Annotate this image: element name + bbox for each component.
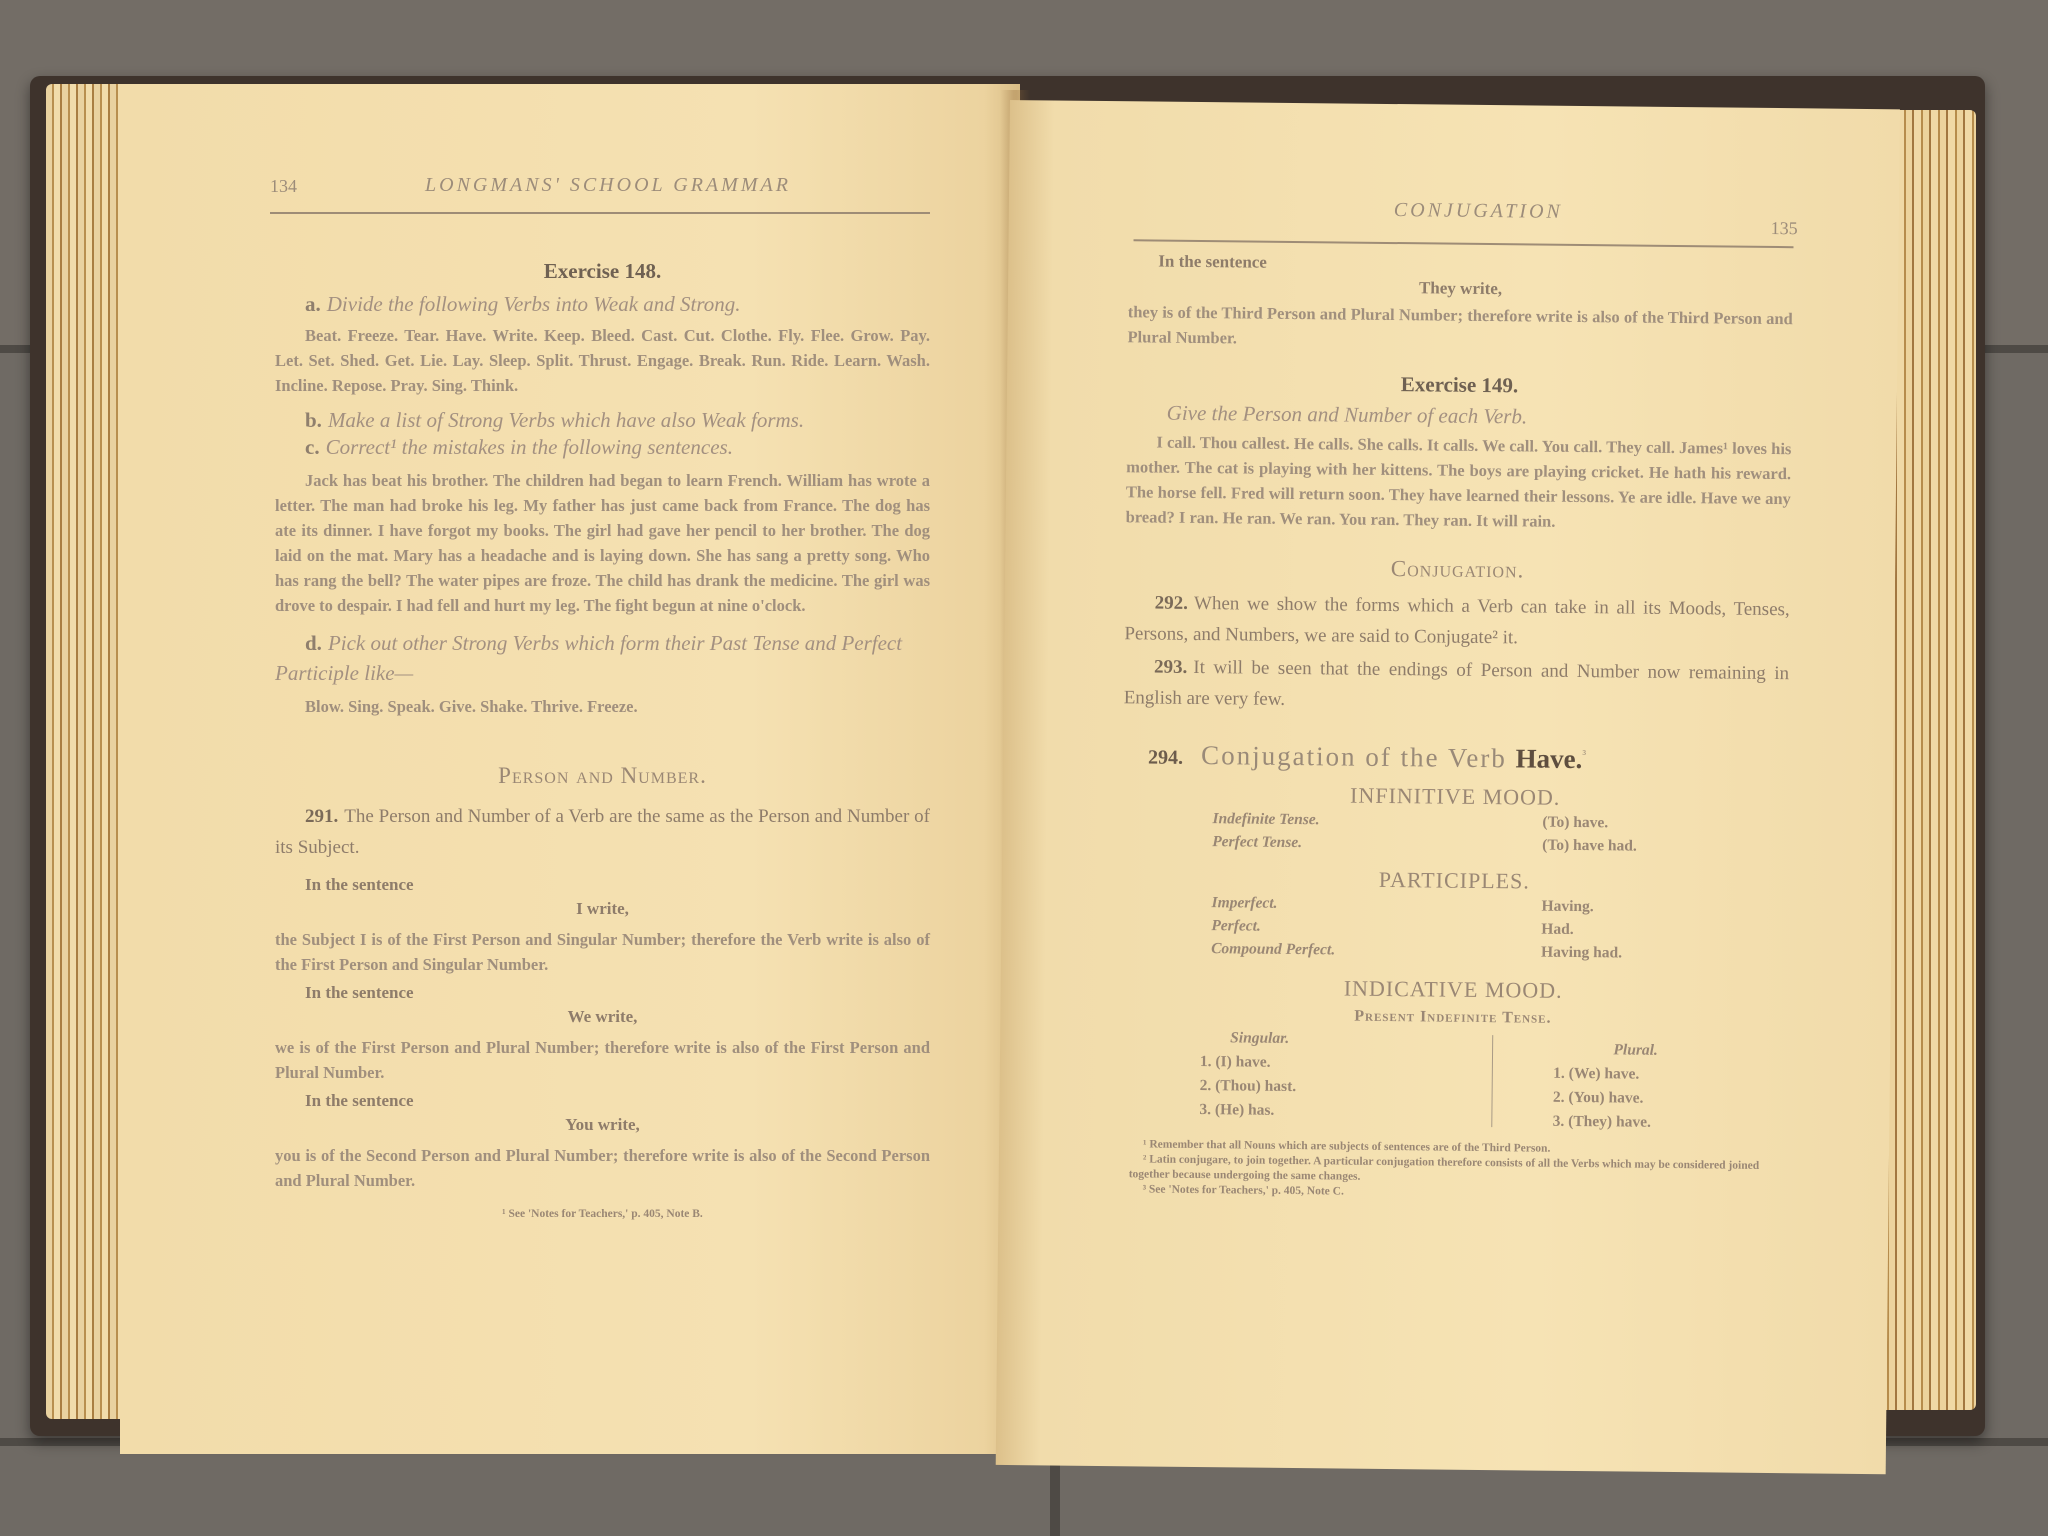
column-divider bbox=[1491, 1035, 1494, 1127]
exercise-title: Exercise 149. bbox=[1127, 369, 1792, 401]
verb-list-a: Beat. Freeze. Tear. Have. Write. Keep. B… bbox=[275, 323, 930, 398]
indicative-heading: INDICATIVE MOOD. bbox=[1121, 973, 1786, 1006]
left-page: 134 LONGMANS' SCHOOL GRAMMAR Exercise 14… bbox=[120, 84, 1020, 1454]
header-rule bbox=[1134, 239, 1794, 248]
page-number: 134 bbox=[270, 176, 297, 197]
table-row: Compound Perfect.Having had. bbox=[1211, 937, 1786, 966]
sentences-c: Jack has beat his brother. The children … bbox=[275, 468, 930, 618]
exercise-instruction-a: a.Divide the following Verbs into Weak a… bbox=[305, 292, 930, 317]
exercise-instruction-d: d.Pick out other Strong Verbs which form… bbox=[275, 628, 930, 688]
footnote: ¹ See 'Notes for Teachers,' p. 405, Note… bbox=[275, 1207, 930, 1222]
paragraph-291: 291.The Person and Number of a Verb are … bbox=[275, 801, 930, 863]
running-head: LONGMANS' SCHOOL GRAMMAR bbox=[425, 174, 791, 197]
right-page: CONJUGATION 135 In the sentence They wri… bbox=[996, 100, 1900, 1474]
example-3: In the sentence You write, you is of the… bbox=[275, 1091, 930, 1193]
exercise-instruction-c: c.Correct¹ the mistakes in the following… bbox=[305, 435, 930, 460]
running-head: CONJUGATION bbox=[1394, 199, 1563, 224]
exercise-instruction-b: b.Make a list of Strong Verbs which have… bbox=[305, 408, 930, 433]
verb-list-d: Blow. Sing. Speak. Give. Shake. Thrive. … bbox=[275, 694, 930, 719]
example-1: In the sentence I write, the Subject I i… bbox=[275, 875, 930, 977]
singular-column: Singular. 1. (I) have. 2. (Thou) hast. 3… bbox=[1199, 1026, 1432, 1132]
header-rule bbox=[270, 212, 930, 214]
example-2: In the sentence We write, we is of the F… bbox=[275, 983, 930, 1085]
page-edges-left bbox=[46, 84, 126, 1419]
infinitive-table: Indefinite Tense.(To) have. Perfect Tens… bbox=[1122, 806, 1787, 859]
exercise-sentences: I call. Thou callest. He calls. She call… bbox=[1126, 429, 1792, 536]
example-4: In the sentence They write, they is of t… bbox=[1127, 251, 1793, 356]
exercise-title: Exercise 148. bbox=[275, 259, 930, 284]
participles-table: Imperfect.Having. Perfect.Had. Compound … bbox=[1121, 890, 1787, 966]
table-row: Perfect Tense.(To) have had. bbox=[1212, 830, 1787, 859]
section-heading: Conjugation. bbox=[1125, 553, 1790, 586]
plural-column: Plural. 1. (We) have. 2. (You) have. 3. … bbox=[1553, 1030, 1786, 1136]
indicative-table: Singular. 1. (I) have. 2. (Thou) hast. 3… bbox=[1119, 1025, 1785, 1136]
footnotes: ¹ Remember that all Nouns which are subj… bbox=[1119, 1137, 1785, 1204]
page-number: 135 bbox=[1771, 218, 1798, 239]
exercise-instruction: Give the Person and Number of each Verb. bbox=[1167, 401, 1792, 433]
section-heading: Person and Number. bbox=[275, 763, 930, 789]
paragraph-293: 293.It will be seen that the endings of … bbox=[1124, 651, 1790, 720]
paragraph-292: 292.When we show the forms which a Verb … bbox=[1124, 587, 1790, 656]
paragraph-294-title: 294.Conjugation of the Verb Have.³ bbox=[1123, 739, 1788, 777]
